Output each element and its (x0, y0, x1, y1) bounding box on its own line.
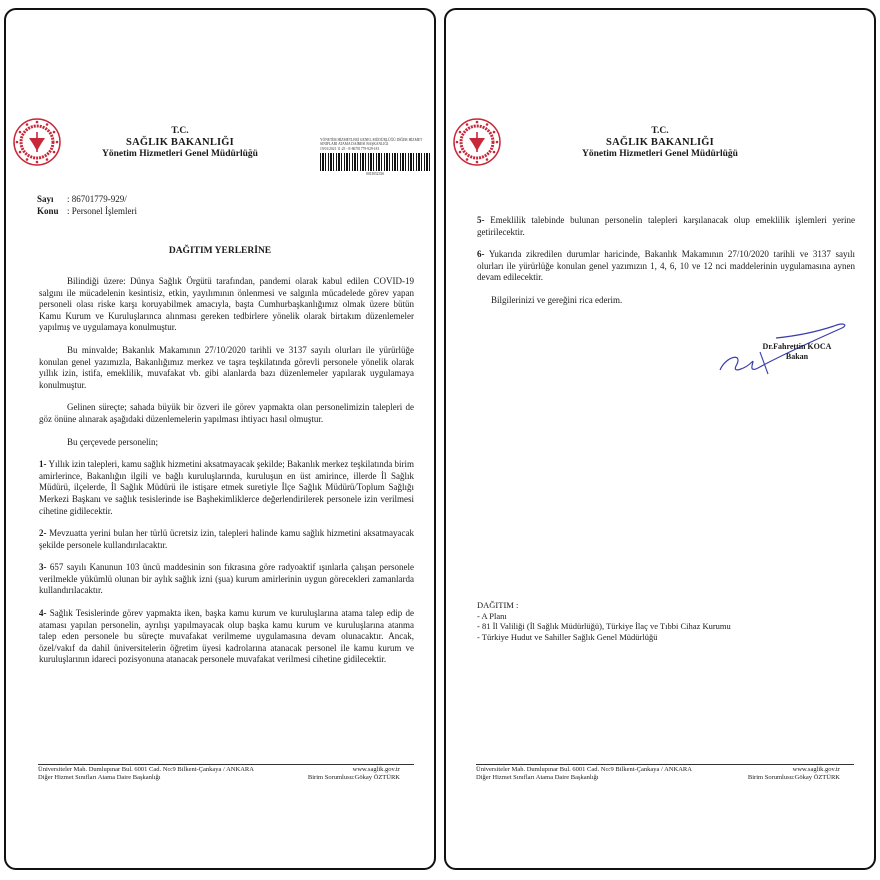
sayi-value: : 86701779-929/ (67, 194, 127, 204)
distribution-item: - Türkiye Hudut ve Sahiller Sağlık Genel… (477, 632, 731, 643)
document-body-page-1: Bilindiği üzere: Dünya Sağlık Örgütü tar… (39, 276, 414, 677)
distribution-title: DAĞITIM : (477, 600, 731, 611)
list-item: 1- Yıllık izin talepleri, kamu sağlık hi… (39, 459, 414, 517)
item-text: Yıllık izin talepleri, kamu sağlık hizme… (39, 459, 414, 515)
paragraph: Bilindiği üzere: Dünya Sağlık Örgütü tar… (39, 276, 414, 334)
signatory-title: Bakan (762, 352, 832, 362)
footer-address: Üniversiteler Mah. Dumlupınar Bul. 6001 … (38, 766, 254, 774)
signatory: Dr.Fahrettin KOCA Bakan (762, 342, 832, 362)
item-text: Mevzuatta yerini bulan her türlü ücretsi… (39, 528, 414, 550)
item-text: 657 sayılı Kanunun 103 üncü maddesinin s… (39, 562, 414, 595)
footer-website: www.saglik.gov.tr (353, 766, 400, 774)
paragraph: Bu çerçevede personelin; (39, 437, 414, 449)
item-text: Emeklilik talebinde bulunan personelin t… (477, 215, 855, 237)
page-footer: Üniversiteler Mah. Dumlupınar Bul. 6001 … (38, 764, 414, 782)
item-number: 6- (477, 249, 485, 259)
barcode-stamp: 19/01/2021 11:25 - E-86701779-929-181 (320, 147, 430, 151)
footer-department: Diğer Hizmet Sınıfları Atama Daire Başka… (476, 774, 599, 782)
document-barcode: YÖNETİM HİZMETLERİ GENEL MÜDÜRLÜĞÜ DİĞER… (320, 138, 430, 176)
list-item: 6- Yukarıda zikredilen durumlar haricind… (477, 249, 855, 284)
footer-department: Diğer Hizmet Sınıfları Atama Daire Başka… (38, 774, 161, 782)
barcode-number: 0013052336 (320, 172, 430, 176)
footer-website: www.saglik.gov.tr (793, 766, 840, 774)
directorate-name: Yönetim Hizmetleri Genel Müdürlüğü (46, 149, 314, 160)
footer-responsible: Birim Sorumlusu:Gökay ÖZTÜRK (308, 774, 400, 782)
sayi-label: Sayı (37, 193, 67, 205)
konu-label: Konu (37, 205, 67, 217)
state-label: T.C. (486, 126, 834, 137)
distribution-list: DAĞITIM : - A Planı - 81 İl Valiliği (İl… (477, 600, 731, 642)
distribution-item: - 81 İl Valiliği (İl Sağlık Müdürlüğü), … (477, 621, 731, 632)
item-number: 4- (39, 608, 47, 618)
letterhead: T.C. SAĞLIK BAKANLIĞI Yönetim Hizmetleri… (486, 126, 834, 160)
closing-line: Bilgilerinizi ve gereğini rica ederim. (477, 295, 855, 307)
ministry-name: SAĞLIK BAKANLIĞI (46, 137, 314, 149)
footer-address: Üniversiteler Mah. Dumlupınar Bul. 6001 … (476, 766, 692, 774)
document-title: DAĞITIM YERLERİNE (6, 246, 434, 256)
list-item: 5- Emeklilik talebinde bulunan personeli… (477, 215, 855, 238)
konu-value: : Personel İşlemleri (67, 206, 137, 216)
list-item: 2- Mevzuatta yerini bulan her türlü ücre… (39, 528, 414, 551)
item-text: Yukarıda zikredilen durumlar haricinde, … (477, 249, 855, 282)
list-item: 3- 657 sayılı Kanunun 103 üncü maddesini… (39, 562, 414, 597)
document-meta: Sayı: 86701779-929/ Konu: Personel İşlem… (37, 193, 137, 217)
footer-responsible: Birim Sorumlusu:Gökay ÖZTÜRK (748, 774, 840, 782)
document-page-2: T.C. SAĞLIK BAKANLIĞI Yönetim Hizmetleri… (444, 8, 876, 870)
item-number: 3- (39, 562, 47, 572)
list-item: 4- Sağlık Tesislerinde görev yapmakta ik… (39, 608, 414, 666)
state-label: T.C. (46, 126, 314, 137)
item-number: 1- (39, 459, 47, 469)
item-number: 5- (477, 215, 485, 225)
paragraph: Bu minvalde; Bakanlık Makamının 27/10/20… (39, 345, 414, 391)
page-footer: Üniversiteler Mah. Dumlupınar Bul. 6001 … (476, 764, 854, 782)
distribution-item: - A Planı (477, 611, 731, 622)
document-body-page-2: 5- Emeklilik talebinde bulunan personeli… (477, 215, 855, 318)
item-text: Sağlık Tesislerinde görev yapmakta iken,… (39, 608, 414, 664)
barcode-icon (320, 153, 430, 171)
barcode-text: YÖNETİM HİZMETLERİ GENEL MÜDÜRLÜĞÜ DİĞER… (320, 138, 430, 147)
document-page-1: T.C. SAĞLIK BAKANLIĞI Yönetim Hizmetleri… (4, 8, 436, 870)
directorate-name: Yönetim Hizmetleri Genel Müdürlüğü (486, 149, 834, 160)
letterhead: T.C. SAĞLIK BAKANLIĞI Yönetim Hizmetleri… (46, 126, 314, 160)
item-number: 2- (39, 528, 47, 538)
ministry-name: SAĞLIK BAKANLIĞI (486, 137, 834, 149)
signatory-name: Dr.Fahrettin KOCA (762, 342, 832, 352)
signature-block: Dr.Fahrettin KOCA Bakan (716, 312, 856, 382)
paragraph: Gelinen süreçte; sahada büyük bir özveri… (39, 402, 414, 425)
